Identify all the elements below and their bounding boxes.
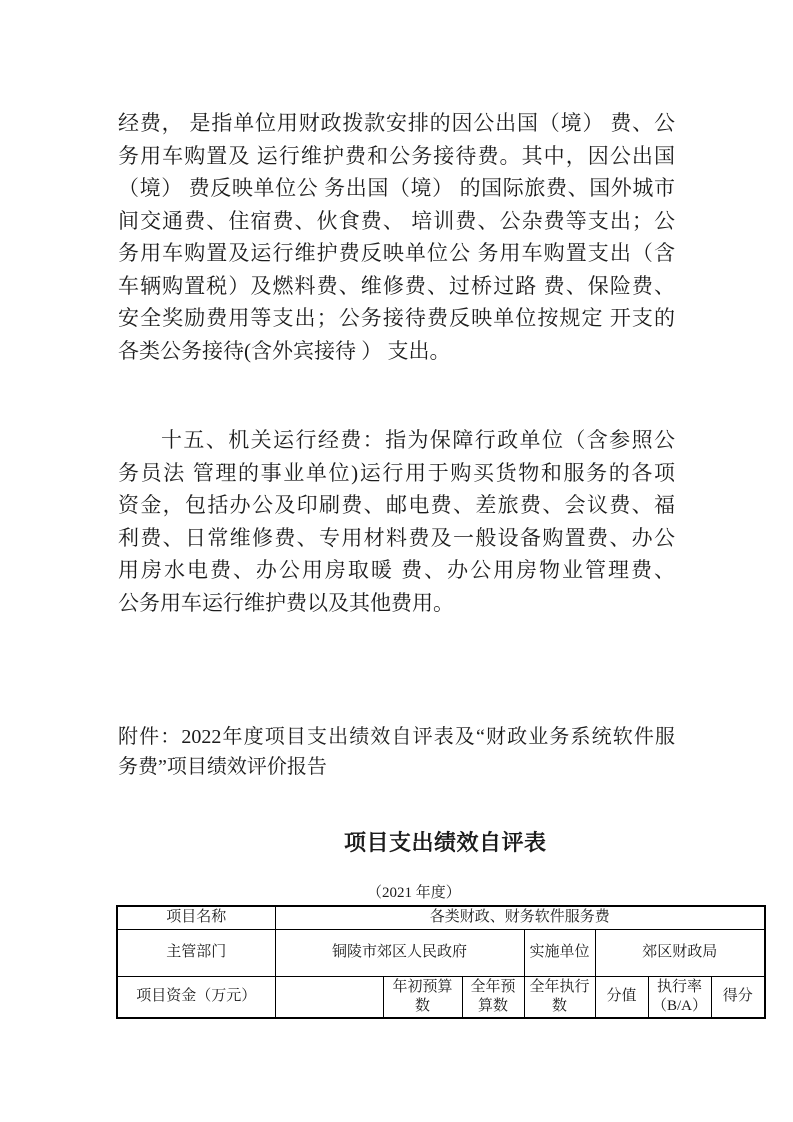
- text-line: 经费， 是指单位用财政拨款安排的因公出国（境） 费、公: [118, 107, 675, 140]
- text-line: 十五、机关运行经费：指为保障行政单位（含参照公: [118, 424, 675, 457]
- document-page: 经费， 是指单位用财政拨款安排的因公出国（境） 费、公 务用车购置及 运行维护费…: [0, 0, 793, 1122]
- text-line: 务费”项目绩效评价报告: [118, 752, 675, 782]
- text-line: 务用车购置及运行维护费反映单位公 务用车购置支出（含: [118, 237, 675, 270]
- text-line: 车辆购置税）及燃料费、维修费、过桥过路 费、保险费、: [118, 270, 675, 303]
- text-line: 间交通费、住宿费、伙食费、 培训费、公杂费等支出；公: [118, 205, 675, 238]
- cell-annual-budget-header: 全年预算数: [462, 976, 524, 1018]
- cell-execution-rate-header: 执行率（B/A）: [648, 976, 711, 1018]
- cell-score-value-header: 分值: [595, 976, 648, 1018]
- cell-funds-blank: [275, 976, 383, 1018]
- cell-project-name-value: 各类财政、财务软件服务费: [275, 906, 765, 929]
- text-line: 资金，包括办公及印刷费、邮电费、差旅费、会议费、福: [118, 489, 675, 522]
- text-line: 安全奖励费用等支出；公务接待费反映单位按规定 开支的: [118, 302, 675, 335]
- text-line: （境） 费反映单位公 务出国（境） 的国际旅费、国外城市: [118, 172, 675, 205]
- self-eval-year-subtitle: （2021 年度）: [367, 881, 461, 902]
- cell-initial-budget-header: 年初预算数: [383, 976, 462, 1018]
- text-line: 务员法 管理的事业单位)运行用于购买货物和服务的各项: [118, 457, 675, 490]
- table-row-department: 主管部门 铜陵市郊区人民政府 实施单位 郊区财政局: [117, 929, 765, 976]
- self-eval-table: 项目名称 各类财政、财务软件服务费 主管部门 铜陵市郊区人民政府 实施单位 郊区…: [116, 905, 766, 1019]
- cell-project-funds-label: 项目资金（万元）: [117, 976, 275, 1018]
- cell-score-header: 得分: [711, 976, 765, 1018]
- attachment-note: 附件：2022年度项目支出绩效自评表及“财政业务系统软件服 务费”项目绩效评价报…: [118, 722, 675, 782]
- cell-department-label: 主管部门: [117, 929, 275, 976]
- paragraph-agency-operating-funds: 十五、机关运行经费：指为保障行政单位（含参照公 务员法 管理的事业单位)运行用于…: [118, 424, 675, 619]
- cell-department-value: 铜陵市郊区人民政府: [275, 929, 524, 976]
- text-line: 利费、日常维修费、专用材料费及一般设备购置费、办公: [118, 522, 675, 555]
- text-line: 各类公务接待(含外宾接待 ） 支出。: [118, 335, 675, 368]
- text-line: 公务用车运行维护费以及其他费用。: [118, 587, 675, 620]
- table-row-project-funds: 项目资金（万元） 年初预算数 全年预算数 全年执行数 分值 执行率（B/A） 得…: [117, 976, 765, 1018]
- cell-implementing-unit-value: 郊区财政局: [595, 929, 765, 976]
- cell-project-name-label: 项目名称: [117, 906, 275, 929]
- self-eval-table-title: 项目支出绩效自评表: [344, 826, 547, 857]
- table-row-project-name: 项目名称 各类财政、财务软件服务费: [117, 906, 765, 929]
- paragraph-three-public-funds: 经费， 是指单位用财政拨款安排的因公出国（境） 费、公 务用车购置及 运行维护费…: [118, 107, 675, 367]
- cell-implementing-unit-label: 实施单位: [524, 929, 595, 976]
- cell-annual-execution-header: 全年执行数: [524, 976, 595, 1018]
- text-line: 附件：2022年度项目支出绩效自评表及“财政业务系统软件服: [118, 722, 675, 752]
- text-line: 务用车购置及 运行维护费和公务接待费。其中，因公出国: [118, 140, 675, 173]
- text-line: 用房水电费、办公用房取暖 费、办公用房物业管理费、: [118, 554, 675, 587]
